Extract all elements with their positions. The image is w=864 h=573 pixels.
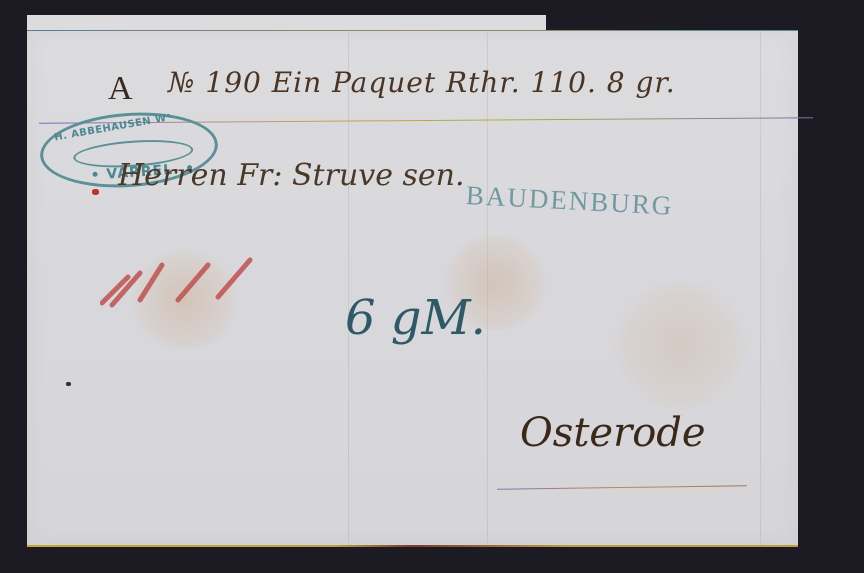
stain [610,280,750,410]
sheet-bottom-edge [27,545,798,547]
sheet-top-edge [27,30,798,31]
destination: Osterode [520,410,706,456]
red-mark [92,189,99,195]
header-note: № 190 Ein Paquet Rthr. 110. 8 gr. [168,66,676,99]
addressee: Herren Fr: Struve sen. [118,158,465,193]
fold-crease [760,30,761,546]
header-letter-a: A [108,70,133,108]
ink-speck [66,382,71,386]
red-crayon-marks [100,255,260,315]
postage-rate: 6 gM. [345,290,486,346]
fold-crease [348,30,349,546]
